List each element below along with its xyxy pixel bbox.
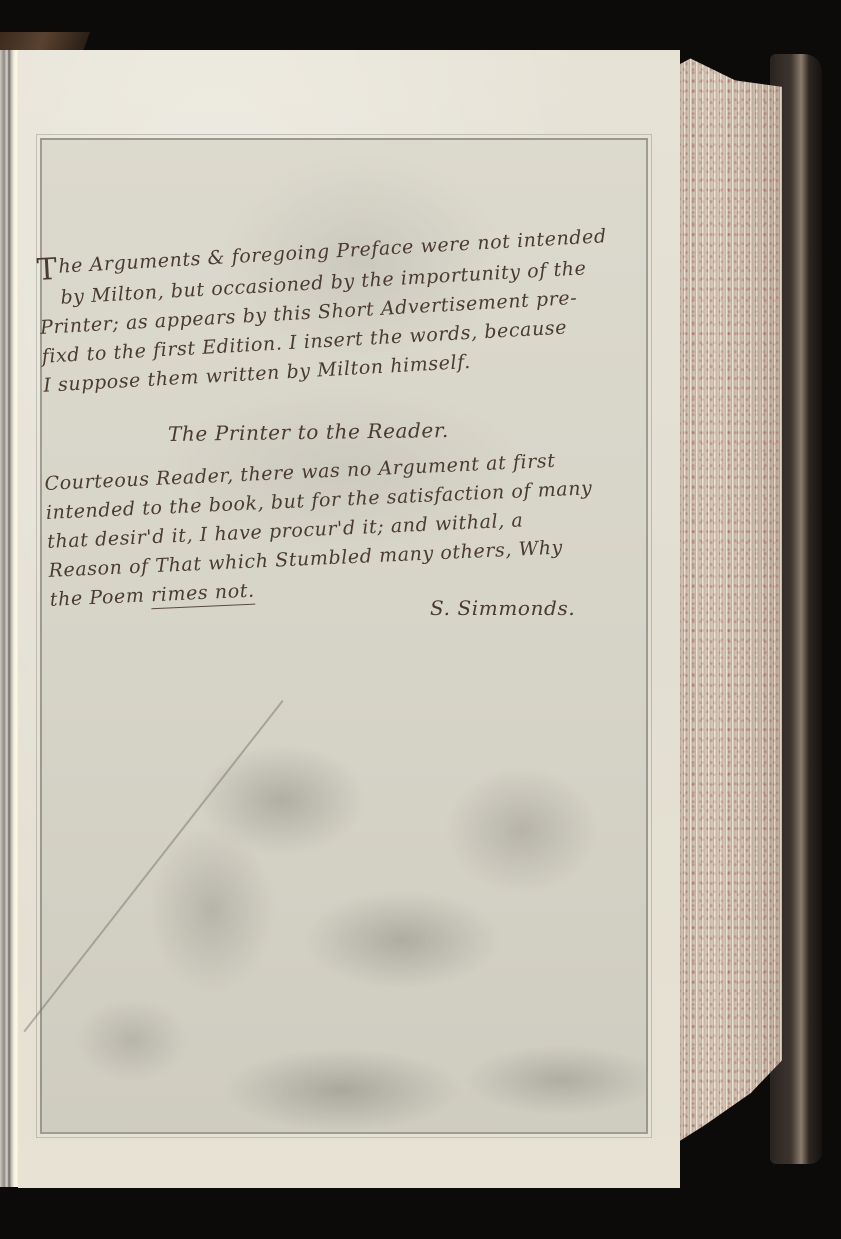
printer-address: Courteous Reader, there was no Argument … (44, 445, 597, 615)
printer-heading: The Printer to the Reader. (168, 418, 449, 446)
page-fore-edge (678, 52, 782, 1142)
leaf-edges-left (0, 50, 20, 1187)
manuscript-page: The Arguments & foregoing Preface were n… (18, 50, 680, 1188)
drop-initial: T (36, 252, 59, 288)
book-cover-top-left (0, 32, 90, 52)
signature: S. Simmonds. (430, 596, 575, 620)
underlined-phrase: rimes not. (151, 580, 256, 610)
engraving-spear-line (23, 700, 283, 1032)
book-photograph: The Arguments & foregoing Preface were n… (0, 0, 841, 1239)
